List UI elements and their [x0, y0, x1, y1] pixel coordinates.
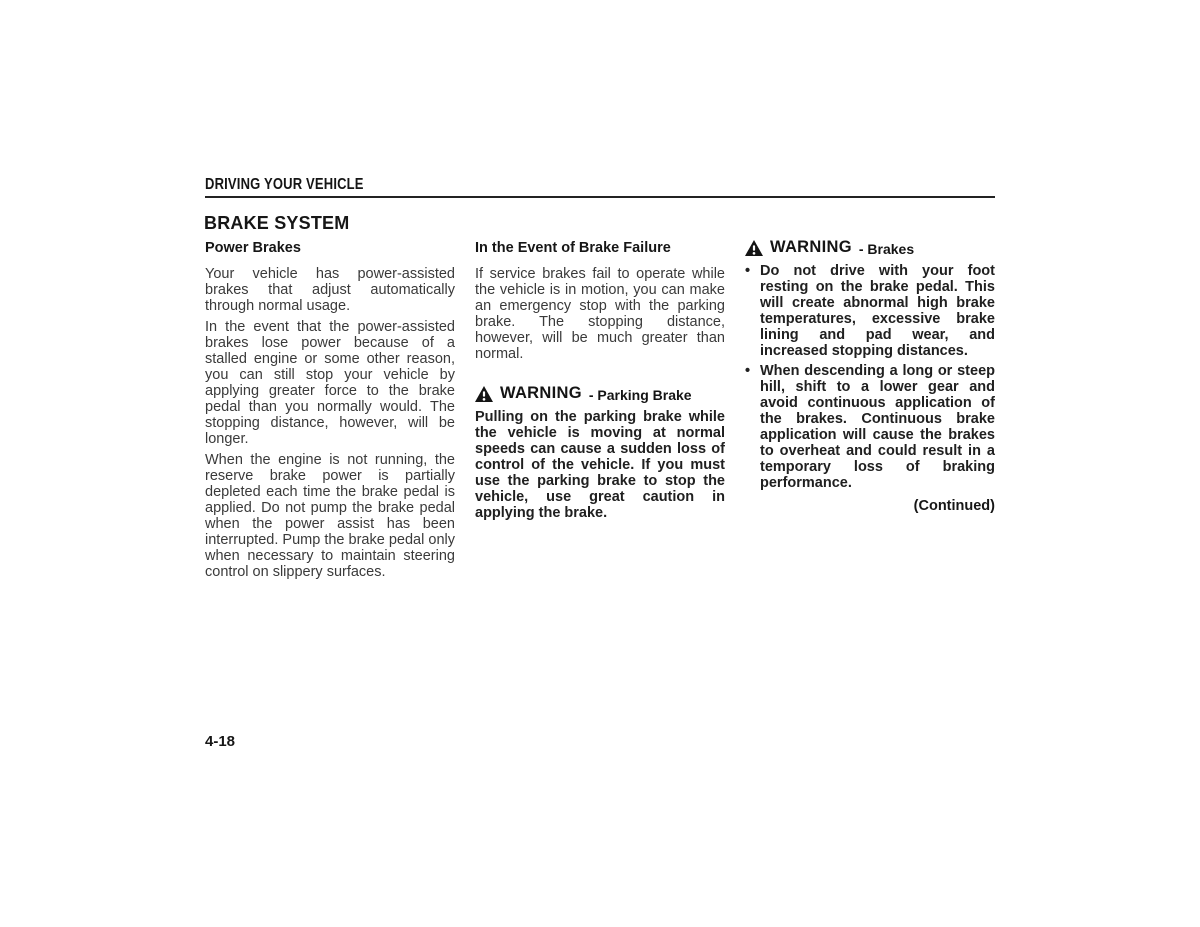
warning-bullet-item: • Do not drive with your foot resting on…: [745, 263, 995, 359]
paragraph: If service brakes fail to operate while …: [475, 266, 725, 362]
subsection-heading: In the Event of Brake Failure: [475, 240, 725, 256]
paragraph: In the event that the power-assisted bra…: [205, 319, 455, 447]
warning-title: WARNING: [500, 384, 582, 403]
header-rule: [205, 196, 995, 198]
running-header: DRIVING YOUR VEHICLE: [205, 176, 364, 194]
warning-subtitle: - Brakes: [859, 239, 914, 257]
page-number: 4-18: [205, 733, 235, 750]
warning-bullet-text: When descending a long or steep hill, sh…: [760, 363, 995, 491]
column-warning-brakes: WARNING - Brakes • Do not drive with you…: [745, 238, 995, 585]
text-columns: Power Brakes Your vehicle has power-assi…: [205, 238, 995, 585]
column-brake-failure: In the Event of Brake Failure If service…: [475, 238, 725, 585]
warning-bullet-text: Do not drive with your foot resting on t…: [760, 263, 995, 359]
warning-title: WARNING: [770, 238, 852, 257]
warning-triangle-icon: [475, 386, 493, 402]
warning-bullet-list: • Do not drive with your foot resting on…: [745, 263, 995, 491]
continued-note: (Continued): [745, 498, 995, 514]
bullet-marker: •: [745, 263, 750, 279]
warning-body: Pulling on the parking brake while the v…: [475, 409, 725, 521]
warning-parking-brake: WARNING - Parking Brake Pulling on the p…: [475, 384, 725, 521]
section-title: BRAKE SYSTEM: [204, 213, 349, 234]
warning-subtitle: - Parking Brake: [589, 385, 692, 403]
paragraph: Your vehicle has power-assisted brakes t…: [205, 266, 455, 314]
warning-brakes: WARNING - Brakes • Do not drive with you…: [745, 238, 995, 514]
warning-bullet-item: • When descending a long or steep hill, …: [745, 363, 995, 491]
warning-header: WARNING - Brakes: [745, 238, 995, 257]
paragraph: When the engine is not running, the rese…: [205, 452, 455, 580]
warning-triangle-icon: [745, 240, 763, 256]
subsection-heading: Power Brakes: [205, 240, 455, 256]
bullet-marker: •: [745, 363, 750, 379]
manual-page: DRIVING YOUR VEHICLE BRAKE SYSTEM Power …: [0, 0, 1200, 927]
warning-header: WARNING - Parking Brake: [475, 384, 725, 403]
column-power-brakes: Power Brakes Your vehicle has power-assi…: [205, 238, 455, 585]
